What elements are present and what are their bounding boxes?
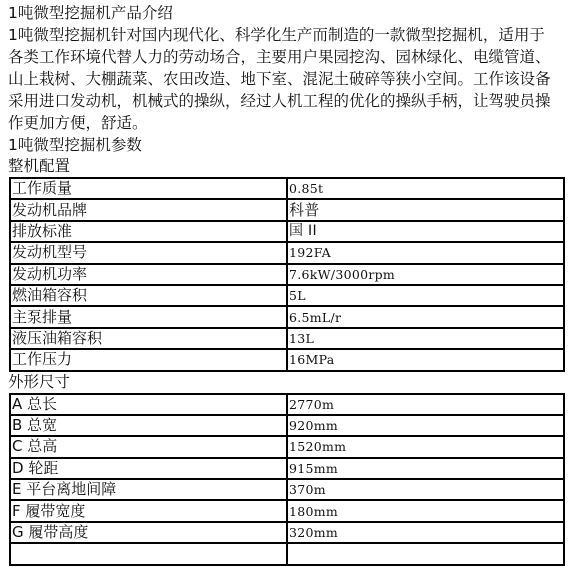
intro-line: 各类工作环境代替人力的劳动场合，主要用户果园挖沟、园林绿化、电缆管道、 bbox=[8, 46, 568, 68]
intro-line: 采用进口发动机，机械式的操纵，经过人机工程的优化的操纵手柄，让驾驶员操 bbox=[8, 90, 568, 112]
document-title: 1吨微型挖掘机产品介绍 bbox=[8, 2, 568, 24]
spec-value: 0.85t bbox=[287, 178, 564, 199]
spec-label: 燃油箱容积 bbox=[10, 285, 287, 306]
spec-label: F 履带宽度 bbox=[10, 500, 287, 521]
spec-label: C 总高 bbox=[10, 436, 287, 457]
table-row: 发动机功率7.6kW/3000rpm bbox=[10, 264, 564, 285]
spec-label: 工作压力 bbox=[10, 349, 287, 370]
spec-value: 915mm bbox=[287, 458, 564, 479]
table-row: A 总长2770m bbox=[10, 394, 564, 415]
spec-label bbox=[10, 543, 287, 564]
table-row: 排放标准国 II bbox=[10, 221, 564, 242]
table-row: 液压油箱容积13L bbox=[10, 328, 564, 349]
spec-value: 180mm bbox=[287, 500, 564, 521]
spec-value: 6.5mL/r bbox=[287, 306, 564, 327]
spec-value: 920mm bbox=[287, 415, 564, 436]
spec-value: 320mm bbox=[287, 522, 564, 543]
table-row: F 履带宽度180mm bbox=[10, 500, 564, 521]
table-row: G 履带高度320mm bbox=[10, 522, 564, 543]
table-row bbox=[10, 543, 564, 564]
spec-label: 发动机品牌 bbox=[10, 199, 287, 220]
section-heading-dimensions: 外形尺寸 bbox=[8, 372, 568, 393]
intro-paragraph: 1吨微型挖掘机针对国内现代化、科学化生产而制造的一款微型挖掘机，适用于 各类工作… bbox=[8, 24, 568, 134]
table-row: B 总宽920mm bbox=[10, 415, 564, 436]
table-row: 工作质量0.85t bbox=[10, 178, 564, 199]
table-row: 发动机品牌科普 bbox=[10, 199, 564, 220]
table-row: D 轮距915mm bbox=[10, 458, 564, 479]
table-row: C 总高1520mm bbox=[10, 436, 564, 457]
spec-value: 192FA bbox=[287, 242, 564, 263]
spec-value: 1520mm bbox=[287, 436, 564, 457]
table-row: E 平台离地间障370m bbox=[10, 479, 564, 500]
spec-label: 发动机型号 bbox=[10, 242, 287, 263]
table-row: 工作压力16MPa bbox=[10, 349, 564, 370]
spec-value: 2770m bbox=[287, 394, 564, 415]
dimensions-spec-table: A 总长2770m B 总宽920mm C 总高1520mm D 轮距915mm… bbox=[9, 393, 565, 566]
spec-label: A 总长 bbox=[10, 394, 287, 415]
spec-value bbox=[287, 543, 564, 564]
spec-label: 排放标准 bbox=[10, 221, 287, 242]
table-row: 主泵排量6.5mL/r bbox=[10, 306, 564, 327]
spec-label: G 履带高度 bbox=[10, 522, 287, 543]
table-row: 燃油箱容积5L bbox=[10, 285, 564, 306]
spec-value: 科普 bbox=[287, 199, 564, 220]
spec-value: 7.6kW/3000rpm bbox=[287, 264, 564, 285]
spec-value: 370m bbox=[287, 479, 564, 500]
intro-line: 山上栽树、大棚蔬菜、农田改造、地下室、混泥土破碎等狭小空间。工作该设备 bbox=[8, 68, 568, 90]
intro-line: 作更加方便，舒适。 bbox=[8, 112, 568, 134]
spec-value: 13L bbox=[287, 328, 564, 349]
spec-value: 5L bbox=[287, 285, 564, 306]
config-spec-table: 工作质量0.85t 发动机品牌科普 排放标准国 II 发动机型号192FA 发动… bbox=[9, 177, 565, 372]
table-row: 发动机型号192FA bbox=[10, 242, 564, 263]
spec-label: D 轮距 bbox=[10, 458, 287, 479]
spec-label: E 平台离地间障 bbox=[10, 479, 287, 500]
spec-label: B 总宽 bbox=[10, 415, 287, 436]
params-heading: 1吨微型挖掘机参数 bbox=[8, 134, 568, 156]
spec-label: 发动机功率 bbox=[10, 264, 287, 285]
spec-label: 工作质量 bbox=[10, 178, 287, 199]
spec-value: 国 II bbox=[287, 221, 564, 242]
spec-label: 液压油箱容积 bbox=[10, 328, 287, 349]
spec-value: 16MPa bbox=[287, 349, 564, 370]
intro-line: 1吨微型挖掘机针对国内现代化、科学化生产而制造的一款微型挖掘机，适用于 bbox=[8, 24, 568, 46]
spec-label: 主泵排量 bbox=[10, 306, 287, 327]
section-heading-config: 整机配置 bbox=[8, 156, 568, 177]
document-body: 1吨微型挖掘机产品介绍 1吨微型挖掘机针对国内现代化、科学化生产而制造的一款微型… bbox=[8, 2, 568, 566]
